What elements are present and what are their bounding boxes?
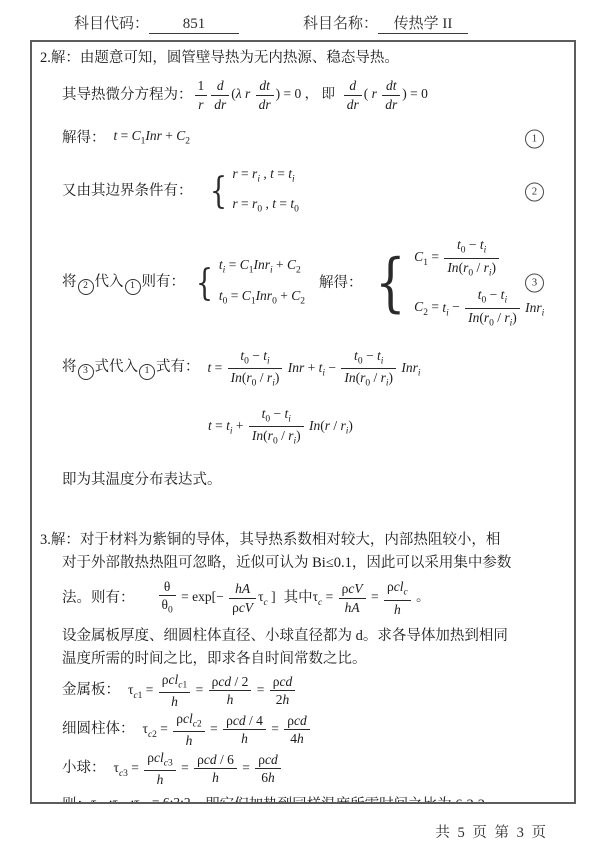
page-header: 科目代码： 851 科目名称： 传热学 II: [74, 12, 576, 34]
diff-equation: 1rddr(λ r dtdr) = 0 ， 即 ddr( r dtdr) = 0: [193, 78, 428, 112]
solve-label: 解得：: [62, 128, 106, 149]
substitute3-line: 将3式代入1式有： t = t0 − tiIn(r0 / ri) Inr + t…: [62, 348, 564, 390]
subject-code-value: 851: [149, 16, 239, 34]
subject-name-value: 传热学 II: [378, 12, 468, 34]
page-footer: 共 5 页 第 3 页: [435, 821, 548, 842]
page-number: 共 5 页 第 3 页: [435, 825, 548, 841]
system-eq-ti: ti = C1Inri + C2: [219, 254, 305, 282]
problem3-paragraph-line1: 3.解：对于材料为紫铜的导体，其导热系数相对较大，内部热阻较小，相: [40, 529, 564, 552]
general-solution-equation: t = C1Inr + C2: [114, 125, 191, 153]
substitute3-label: 将3式代入1式有：: [62, 357, 200, 380]
boundary-condition-inner: r = ri , t = ti: [232, 163, 298, 191]
subject-code-field: 科目代码： 851: [74, 12, 239, 34]
plate-label: 金属板：: [62, 680, 120, 701]
circled-3-icon: 3: [78, 364, 94, 380]
sphere-label: 小球：: [62, 758, 106, 779]
lumped-parameter-line: 法。则有： θθ0 = exp[− hAρcVτc ] 其中 τc = ρcVh…: [62, 579, 564, 617]
equation-number-1: 1: [525, 129, 544, 148]
ratio-result-line: 则： τc1 :τc2 :τc3 = 6:3:2 ，即它们加热到同样温度所需时间…: [62, 792, 564, 804]
boundary-condition-outer: r = r0 , t = t0: [232, 193, 298, 221]
constant-c2-equation: C2 = ti − t0 − tiIn(r0 / ri) Inri: [414, 287, 544, 329]
method-label: 法。则有：: [62, 588, 135, 609]
substitution-line: 将2代入1则有： ti = C1Inri + C2 t0 = C1Inr0 + …: [62, 237, 564, 329]
problem3-paragraph-line2: 对于外部散热热阻可忽略，近似可认为 Bi≤0.1，因此可以采用集中参数: [62, 552, 564, 575]
circled-1-icon: 1: [125, 279, 141, 295]
substituted-system: ti = C1Inri + C2 t0 = C1Inr0 + C2: [193, 254, 305, 312]
cylinder-time-constant-equation: τc2 = ρclc2h = ρcd / 4h = ρcd4h: [143, 711, 312, 749]
equation-number-2: 2: [525, 182, 544, 201]
setup-line2: 温度所需的时间之比，即求各自时间常数之比。: [62, 648, 564, 671]
exam-answer-page: 科目代码： 851 科目名称： 传热学 II 2.解：由题意可知，圆管壁导热为无…: [0, 0, 606, 856]
substituted-equation: t = t0 − tiIn(r0 / ri) Inr + ti − t0 − t…: [208, 348, 421, 390]
answer-box: 2.解：由题意可知，圆管壁导热为无内热源、稳态导热。 其导热微分方程为： 1rd…: [30, 40, 576, 804]
setup-line1: 设金属板厚度、细圆柱体直径、小球直径都为 d。求各导体加热到相同: [62, 625, 564, 648]
sphere-time-constant-line: 小球： τc3 = ρclc3h = ρcd / 6h = ρcd6h: [62, 749, 564, 788]
cylinder-time-constant-line: 细圆柱体： τc2 = ρclc2h = ρcd / 4h = ρcd4h: [62, 710, 564, 749]
subject-name-field: 科目名称： 传热学 II: [303, 12, 468, 34]
boundary-conditions-label: 又由其边界条件有：: [62, 181, 193, 202]
solve2-label: 解得：: [319, 273, 363, 294]
where-label: 其中: [284, 588, 313, 609]
constant-c1-equation: C1 = t0 − tiIn(r0 / ri): [414, 237, 544, 279]
temperature-distribution-equation-line: t = ti + t0 − tiIn(r0 / ri) In(r / ri): [208, 406, 564, 448]
subject-code-label: 科目代码：: [74, 12, 149, 33]
subject-name-label: 科目名称：: [303, 12, 378, 33]
time-constant-definition: τc = ρcVhA = ρclch 。: [313, 579, 430, 617]
ratio-result-text: ，即它们加热到同样温度所需时间之比为 6:3:2。: [191, 795, 500, 804]
boundary-conditions-system: r = ri , t = ti r = r0 , t = t0: [207, 163, 299, 221]
problem2-conclusion: 即为其温度分布表达式。: [62, 470, 564, 491]
sphere-time-constant-equation: τc3 = ρclc3h = ρcd / 6h = ρcd6h: [114, 750, 283, 788]
boundary-conditions-line: 又由其边界条件有： r = ri , t = ti r = r0 , t = t…: [62, 163, 564, 221]
temperature-distribution-equation: t = ti + t0 − tiIn(r0 / ri) In(r / ri): [208, 406, 353, 448]
circled-2-icon: 2: [78, 279, 94, 295]
cylinder-label: 细圆柱体：: [62, 719, 135, 740]
equation-number-3: 3: [525, 274, 544, 293]
plate-time-constant-equation: τc1 = ρclc1h = ρcd / 2h = ρcd2h: [128, 672, 297, 710]
ratio-equation: τc1 :τc2 :τc3 = 6:3:2: [91, 792, 191, 804]
constants-system: C1 = t0 − tiIn(r0 / ri) C2 = ti − t0 − t…: [370, 237, 544, 329]
plate-time-constant-line: 金属板： τc1 = ρclc1h = ρcd / 2h = ρcd2h: [62, 671, 564, 710]
circled-1-icon: 1: [139, 364, 155, 380]
lumped-parameter-equation: θθ0 = exp[− hAρcVτc ]: [157, 579, 276, 617]
substitution-label: 将2代入1则有：: [62, 272, 185, 295]
result-label: 则：: [62, 795, 91, 804]
general-solution-line: 解得： t = C1Inr + C2 1: [62, 125, 564, 153]
system-eq-t0: t0 = C1Inr0 + C2: [219, 285, 305, 313]
diff-equation-line: 其导热微分方程为： 1rddr(λ r dtdr) = 0 ， 即 ddr( r…: [62, 78, 564, 112]
diff-equation-label: 其导热微分方程为：: [62, 85, 193, 106]
problem2-intro: 2.解：由题意可知，圆管壁导热为无内热源、稳态导热。: [40, 48, 564, 69]
setup-paragraph: 设金属板厚度、细圆柱体直径、小球直径都为 d。求各导体加热到相同 温度所需的时间…: [62, 625, 564, 671]
problem3-paragraph: 3.解：对于材料为紫铜的导体，其导热系数相对较大，内部热阻较小，相 对于外部散热…: [40, 529, 564, 575]
